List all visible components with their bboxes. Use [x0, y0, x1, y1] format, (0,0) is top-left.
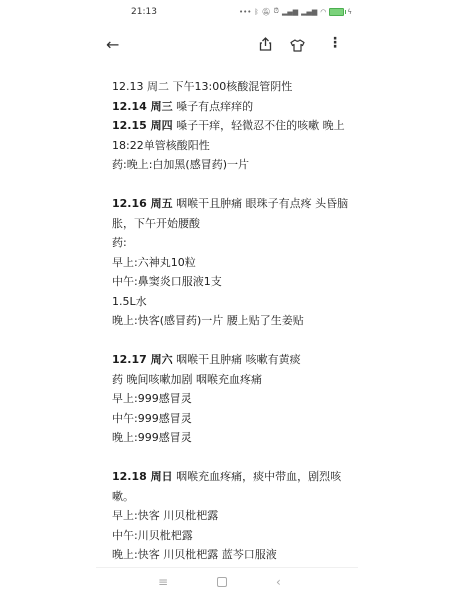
battery-icon	[329, 8, 344, 16]
share-icon[interactable]	[259, 36, 272, 55]
medication-line: 药:晚上:白加黑(感冒药)一片	[112, 155, 352, 175]
status-bar: 21:13 ••• ᛒ 🔕︎ ⏰︎ ▂▄▆ ▂▄▆ ◠ ϟ	[96, 0, 358, 28]
wifi-icon: ◠	[320, 8, 326, 16]
medication-line: 晚上:快客(感冒药)一片 腰上贴了生姜贴	[112, 311, 352, 331]
status-icons: ••• ᛒ 🔕︎ ⏰︎ ▂▄▆ ▂▄▆ ◠ ϟ	[239, 7, 352, 16]
note-entry: 12.14 周三 嗓子有点痒痒的	[112, 97, 352, 117]
note-entry: 12.17 周六 咽喉干且肿痛 咳嗽有黄痰	[112, 350, 352, 370]
entry-date: 12.14 周三	[112, 100, 173, 113]
medication-line: 早上:六神丸10粒	[112, 253, 352, 273]
note-entry: 12.18 周日 咽喉充血疼痛，痰中带血，剧烈咳嗽。	[112, 467, 352, 506]
blank-line	[112, 448, 352, 468]
alarm-icon: ⏰︎	[273, 7, 278, 16]
note-entry: 12.15 周四 嗓子干痒，轻微忍不住的咳嗽 晚上18:22单管核酸阳性	[112, 116, 352, 155]
shirt-icon[interactable]	[290, 37, 305, 56]
entry-date: 12.18 周日	[112, 470, 173, 483]
entry-date: 12.16 周五	[112, 197, 173, 210]
toolbar: ← ⋮	[96, 30, 358, 60]
blank-line	[112, 175, 352, 195]
entry-text: 咽喉干且肿痛 咳嗽有黄痰	[173, 353, 301, 366]
home-icon[interactable]	[217, 577, 227, 587]
entry-text: 嗓子有点痒痒的	[173, 100, 254, 113]
back-icon[interactable]: ←	[106, 35, 119, 54]
signal-icon: ▂▄▆	[282, 8, 298, 16]
entry-date: 12.13 周二	[112, 80, 169, 93]
medication-line: 中午:川贝枇杷露	[112, 526, 352, 546]
medication-line: 1.5L水	[112, 292, 352, 312]
more-dots-icon: •••	[239, 8, 251, 16]
note-content[interactable]: 12.13 周二 下午13:00核酸混管阴性 12.14 周三 嗓子有点痒痒的 …	[112, 77, 352, 565]
medication-line: 药:	[112, 233, 352, 253]
entry-text: 下午13:00核酸混管阴性	[169, 80, 292, 93]
back-nav-icon[interactable]: ‹	[276, 575, 281, 589]
system-nav-bar: ≡ ‹	[96, 567, 358, 600]
status-time: 21:13	[131, 7, 157, 17]
note-entry: 12.16 周五 咽喉干且肿痛 眼珠子有点疼 头昏脑胀，下午开始腰酸	[112, 194, 352, 233]
medication-line: 晚上:快客 川贝枇杷露 蓝芩口服液	[112, 545, 352, 565]
bluetooth-icon: ᛒ	[254, 8, 258, 16]
medication-line: 药 晚间咳嗽加剧 咽喉充血疼痛	[112, 370, 352, 390]
signal-icon: ▂▄▆	[301, 8, 317, 16]
entry-date: 12.15 周四	[112, 119, 173, 132]
more-icon[interactable]: ⋮	[328, 35, 342, 51]
mute-icon: 🔕︎	[262, 8, 271, 16]
medication-line: 中午:999感冒灵	[112, 409, 352, 429]
medication-line: 晚上:999感冒灵	[112, 428, 352, 448]
blank-line	[112, 331, 352, 351]
phone-screen: 21:13 ••• ᛒ 🔕︎ ⏰︎ ▂▄▆ ▂▄▆ ◠ ϟ ← ⋮ 12.13 …	[96, 0, 358, 600]
medication-line: 中午:鼻窦炎口服液1支	[112, 272, 352, 292]
medication-line: 早上:快客 川贝枇杷露	[112, 506, 352, 526]
entry-date: 12.17 周六	[112, 353, 173, 366]
charging-icon: ϟ	[347, 8, 352, 16]
menu-icon[interactable]: ≡	[158, 575, 168, 589]
medication-line: 早上:999感冒灵	[112, 389, 352, 409]
note-entry: 12.13 周二 下午13:00核酸混管阴性	[112, 77, 352, 97]
